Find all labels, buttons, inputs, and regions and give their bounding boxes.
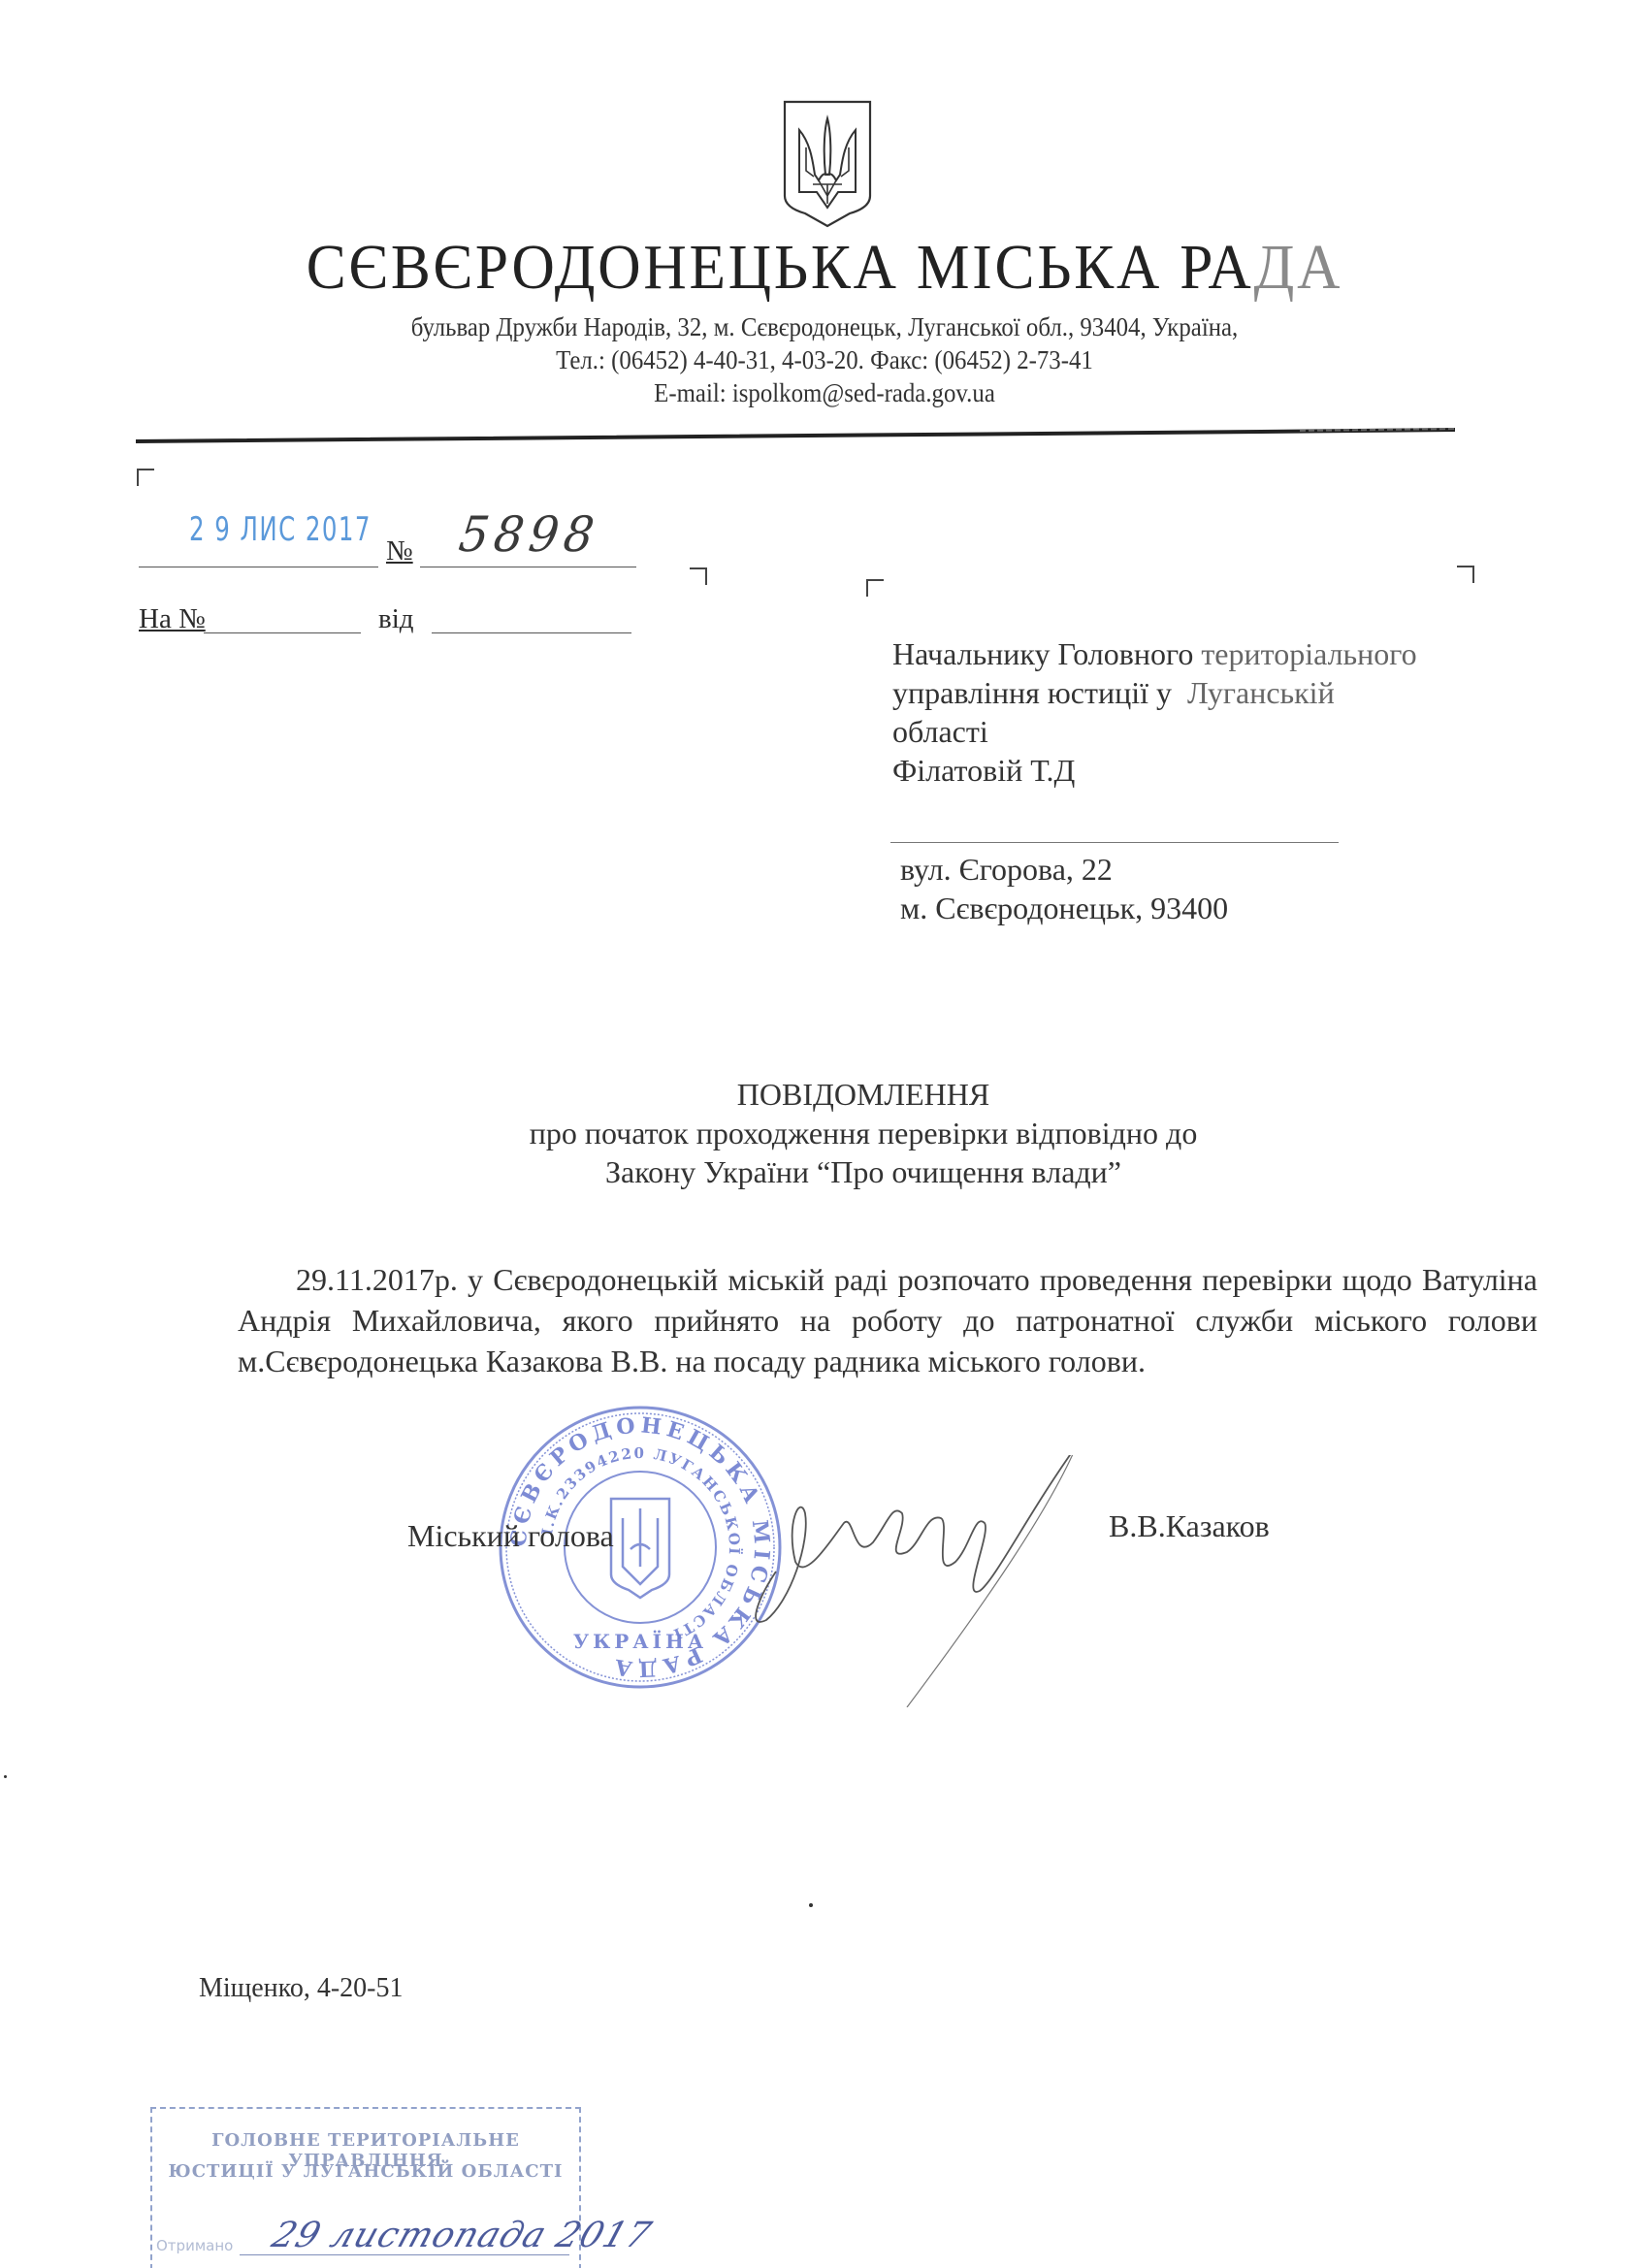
reply-from-field bbox=[432, 632, 631, 633]
reply-to-label-text: На № bbox=[139, 603, 206, 634]
notice-subtitle-1: про початок проходження перевірки відпов… bbox=[39, 1116, 1649, 1151]
registration-date-stamp: 2 9 ЛИС 2017 bbox=[189, 510, 372, 549]
organization-email: E-mail: ispolkom@sed-rada.gov.ua bbox=[66, 378, 1583, 408]
registration-number: 5898 bbox=[456, 506, 602, 563]
header-divider bbox=[136, 427, 1455, 444]
recipient-line-1b: територіального bbox=[1201, 636, 1416, 671]
recipient-divider bbox=[890, 842, 1339, 843]
date-underline bbox=[139, 567, 378, 567]
scan-speck bbox=[4, 1775, 7, 1778]
executor-contact: Міщенко, 4-20-51 bbox=[199, 1973, 403, 2004]
recipient-line-2: управління юстиції у Луганській bbox=[892, 675, 1335, 711]
organization-name: СЄВЄРОДОНЕЦЬКА МІСЬКА РАДА bbox=[58, 231, 1592, 305]
seal-bottom-text: УКРАЇНА bbox=[573, 1630, 707, 1653]
reply-from-label: від bbox=[378, 603, 414, 635]
number-label: № bbox=[386, 535, 413, 567]
organization-phones: Тел.: (06452) 4-40-31, 4-03-20. Факс: (0… bbox=[66, 345, 1583, 375]
reply-to-field bbox=[204, 632, 361, 633]
organization-address: бульвар Дружби Народів, 32, м. Сєвєродон… bbox=[66, 312, 1583, 342]
coat-of-arms-icon bbox=[782, 99, 873, 229]
recipient-city: м. Сєвєродонецьк, 93400 bbox=[900, 891, 1228, 926]
recipient-line-2a: управління юстиції у bbox=[892, 675, 1172, 710]
received-label: Отримано bbox=[156, 2237, 233, 2254]
recipient-name: Філатовій Т.Д bbox=[892, 753, 1075, 789]
scan-speck bbox=[809, 1903, 813, 1907]
incoming-stamp-line-2: ЮСТИЦІЇ У ЛУГАНСЬКІЙ ОБЛАСТІ bbox=[152, 2161, 579, 2182]
corner-mark bbox=[866, 579, 884, 597]
recipient-line-3: області bbox=[892, 714, 988, 750]
received-date-handwritten: 29 листопада 2017 bbox=[267, 2216, 657, 2255]
number-underline bbox=[420, 567, 636, 567]
organization-name-tail: ДА bbox=[1253, 232, 1342, 303]
corner-mark bbox=[1457, 566, 1474, 583]
incoming-registration-stamp: ГОЛОВНЕ ТЕРИТОРІАЛЬНЕ УПРАВЛІННЯ ЮСТИЦІЇ… bbox=[150, 2107, 581, 2268]
handwritten-signature bbox=[737, 1455, 1106, 1707]
reply-to-label: На № bbox=[139, 603, 206, 635]
corner-mark bbox=[137, 469, 154, 486]
recipient-line-1: Начальнику Головного територіального bbox=[892, 636, 1417, 672]
recipient-street: вул. Єгорова, 22 bbox=[900, 852, 1113, 888]
signatory-role: Міський голова bbox=[407, 1518, 614, 1554]
notice-title: ПОВІДОМЛЕННЯ bbox=[39, 1077, 1649, 1113]
organization-name-main: СЄВЄРОДОНЕЦЬКА МІСЬКА РА bbox=[307, 232, 1254, 303]
recipient-line-2b: Луганській bbox=[1187, 675, 1335, 710]
notice-subtitle-2: Закону України “Про очищення влади” bbox=[39, 1154, 1649, 1190]
notice-body: 29.11.2017р. у Сєвєродонецькій міській р… bbox=[238, 1259, 1537, 1381]
recipient-line-1a: Начальнику Головного bbox=[892, 636, 1193, 671]
corner-mark bbox=[690, 567, 707, 585]
signatory-name: В.В.Казаков bbox=[1109, 1508, 1270, 1544]
